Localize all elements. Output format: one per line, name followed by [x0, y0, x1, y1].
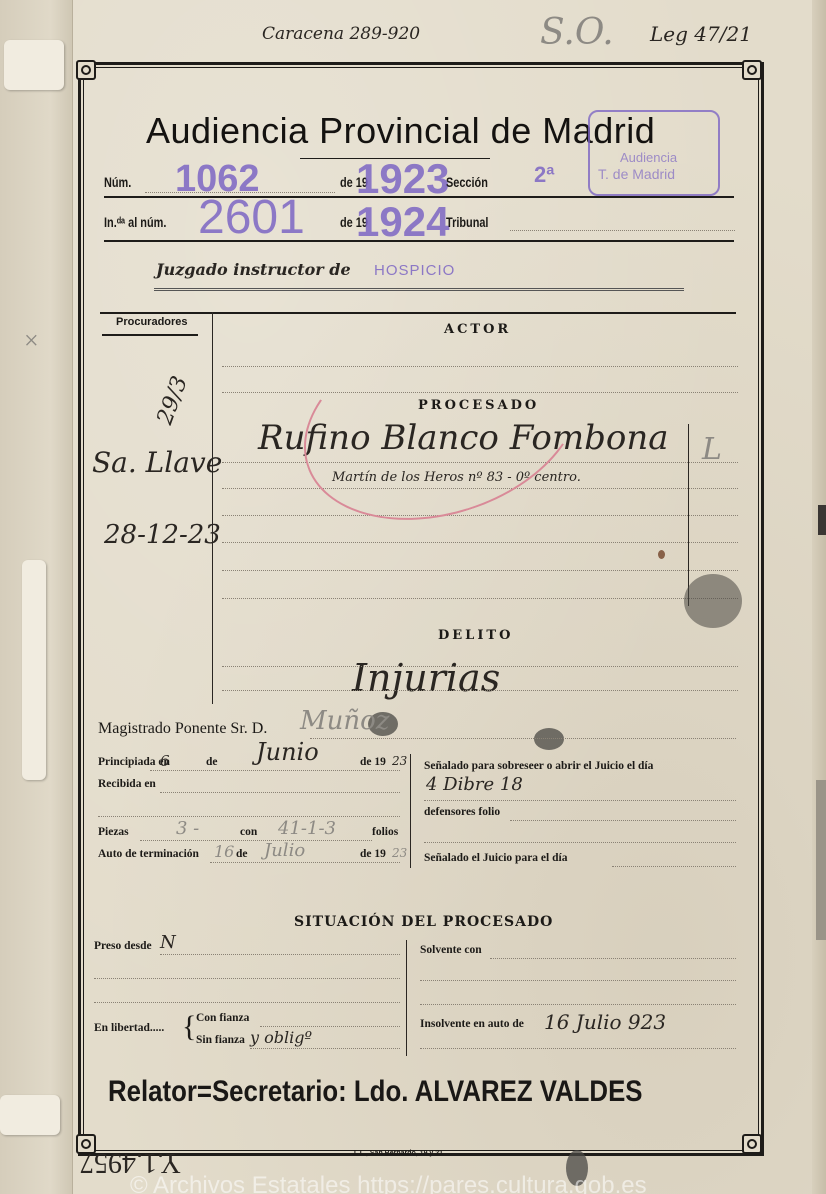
situacion-divider	[406, 940, 407, 1056]
solvente-line-2	[420, 980, 736, 981]
right-page-edge	[812, 0, 826, 1194]
auto-terminacion-year-label: de 19	[360, 848, 386, 860]
relator-secretario: Relator=Secretario: Ldo. ALVAREZ VALDES	[108, 1075, 642, 1109]
principiada-month: Junio	[256, 738, 319, 766]
tribunal-field-line	[510, 230, 735, 231]
situacion-header: SITUACIÓN DEL PROCESADO	[294, 914, 553, 930]
piezas-con-label: con	[240, 826, 257, 838]
delito-value: Injurias	[352, 656, 500, 700]
senalado-sobreseer-value: 4 Dibre 18	[426, 774, 523, 795]
principiada-day: 6	[160, 752, 170, 770]
dark-tab-lower	[816, 780, 826, 940]
defensores-line-2	[424, 842, 736, 843]
seccion-value: 2ª	[534, 162, 554, 188]
solvente-line-3	[420, 1004, 736, 1005]
ind-label: In.ᵈᵃ al núm.	[104, 214, 166, 230]
seccion-label: Sección	[446, 174, 488, 190]
piezas-value: 3 -	[176, 818, 199, 839]
juzgado-rule	[154, 288, 684, 291]
principiada-year: 23	[392, 754, 407, 768]
recibida-line	[160, 792, 400, 793]
stamp-line-1: Audiencia	[620, 150, 677, 165]
main-separator	[100, 312, 736, 314]
piezas-folios-label: folios	[372, 826, 398, 838]
procuradores-underline	[102, 334, 198, 336]
magistrado-label: Magistrado Ponente Sr. D.	[98, 720, 267, 738]
binding-tie-top	[4, 40, 64, 90]
num-label: Núm.	[104, 174, 131, 190]
preso-line-2	[94, 978, 400, 979]
delito-header: DELITO	[438, 628, 513, 643]
procurador-date: 28-12-23	[104, 520, 221, 550]
initials-annotation: S.O.	[540, 12, 614, 53]
delito-line-1	[222, 666, 738, 667]
ink-stain-small	[534, 728, 564, 750]
court-stamp: Audiencia T. de Madrid	[588, 110, 720, 196]
delito-line-2	[222, 690, 738, 691]
auto-terminacion-label: Auto de terminación	[98, 848, 199, 860]
recibida-line-2	[98, 816, 400, 817]
tribunal-label: Tribunal	[446, 214, 488, 230]
binding-tie-bottom	[0, 1095, 60, 1135]
procurador-name: Sa. Llave	[92, 446, 222, 479]
con-fianza-line	[260, 1026, 400, 1027]
insolvente-line	[420, 1048, 736, 1049]
archive-watermark: © Archivos Estatales https://pares.cultu…	[130, 1172, 647, 1194]
ink-stain	[684, 574, 742, 628]
piezas-folios-value: 41-1-3	[278, 818, 336, 839]
libertad-label: En libertad.....	[94, 1022, 164, 1034]
binding-tie-middle	[22, 560, 46, 780]
auto-terminacion-day: 16	[214, 842, 234, 861]
ind-value: 2601	[198, 190, 305, 245]
senalado-sobreseer-label: Señalado para sobreseer o abrir el Juici…	[424, 760, 653, 772]
auto-terminacion-de: de	[236, 848, 248, 860]
magistrado-value: Muñoz	[300, 706, 389, 736]
sin-fianza-line	[250, 1048, 400, 1049]
defensores-line	[510, 820, 736, 821]
procesado-line-4	[222, 542, 738, 543]
preso-value: N	[160, 932, 176, 953]
sin-fianza-label: Sin fianza	[196, 1034, 245, 1046]
pencil-x-mark: ×	[24, 326, 39, 356]
document-page: × Caracena 289-920 S.O. Leg 47/21 Audien…	[0, 0, 826, 1194]
stamp-line-2: T. de Madrid	[598, 166, 675, 182]
auto-terminacion-month: Julio	[264, 840, 305, 861]
insolvente-value: 16 Julio 923	[544, 1010, 666, 1034]
caracena-annotation: Caracena 289-920	[262, 24, 420, 44]
principiada-line	[150, 770, 400, 771]
recibida-label: Recibida en	[98, 778, 156, 790]
preso-label: Preso desde	[94, 940, 152, 952]
principiada-de: de	[206, 756, 218, 768]
legajo-annotation: Leg 47/21	[650, 22, 752, 46]
defensores-label: defensores folio	[424, 806, 500, 818]
preso-line	[160, 954, 400, 955]
senalado-juicio-label: Señalado el Juicio para el día	[424, 852, 567, 864]
sin-fianza-value: y obligº	[250, 1028, 312, 1047]
ink-dot	[658, 550, 665, 559]
insolvente-label: Insolvente en auto de	[420, 1018, 524, 1030]
ind-row-rule	[104, 240, 734, 242]
preso-line-3	[94, 1002, 400, 1003]
ind-year-value: 1924	[356, 198, 449, 246]
piezas-line	[140, 840, 372, 841]
senalado-juicio-line	[612, 866, 736, 867]
ornament-corner-icon	[742, 1134, 762, 1154]
dates-divider	[410, 754, 411, 868]
auto-terminacion-line	[210, 862, 400, 863]
printer-imprint: J. L., San Bernardo, 19 y 21	[352, 1150, 443, 1157]
procuradores-header: Procuradores	[116, 316, 188, 328]
procuradores-divider	[212, 312, 213, 704]
juzgado-label: Juzgado instructor de	[156, 260, 351, 279]
solvente-label: Solvente con	[420, 944, 482, 956]
auto-terminacion-year: 23	[392, 846, 407, 860]
senalado-sobreseer-line	[424, 800, 736, 801]
juzgado-value: HOSPICIO	[374, 262, 455, 279]
ornament-corner-icon	[742, 60, 762, 80]
procesado-line-5	[222, 570, 738, 571]
piezas-label: Piezas	[98, 826, 129, 838]
dark-tab	[818, 505, 826, 535]
brace-icon: {	[182, 1010, 196, 1044]
con-fianza-label: Con fianza	[196, 1012, 249, 1024]
procesado-line-3	[222, 515, 738, 516]
ornament-corner-icon	[76, 60, 96, 80]
page-title: Audiencia Provincial de Madrid	[146, 110, 655, 152]
principiada-year-label: de 19	[360, 756, 386, 768]
magistrado-line	[310, 738, 736, 739]
solvente-line	[490, 958, 736, 959]
procesado-line-6	[222, 598, 738, 599]
